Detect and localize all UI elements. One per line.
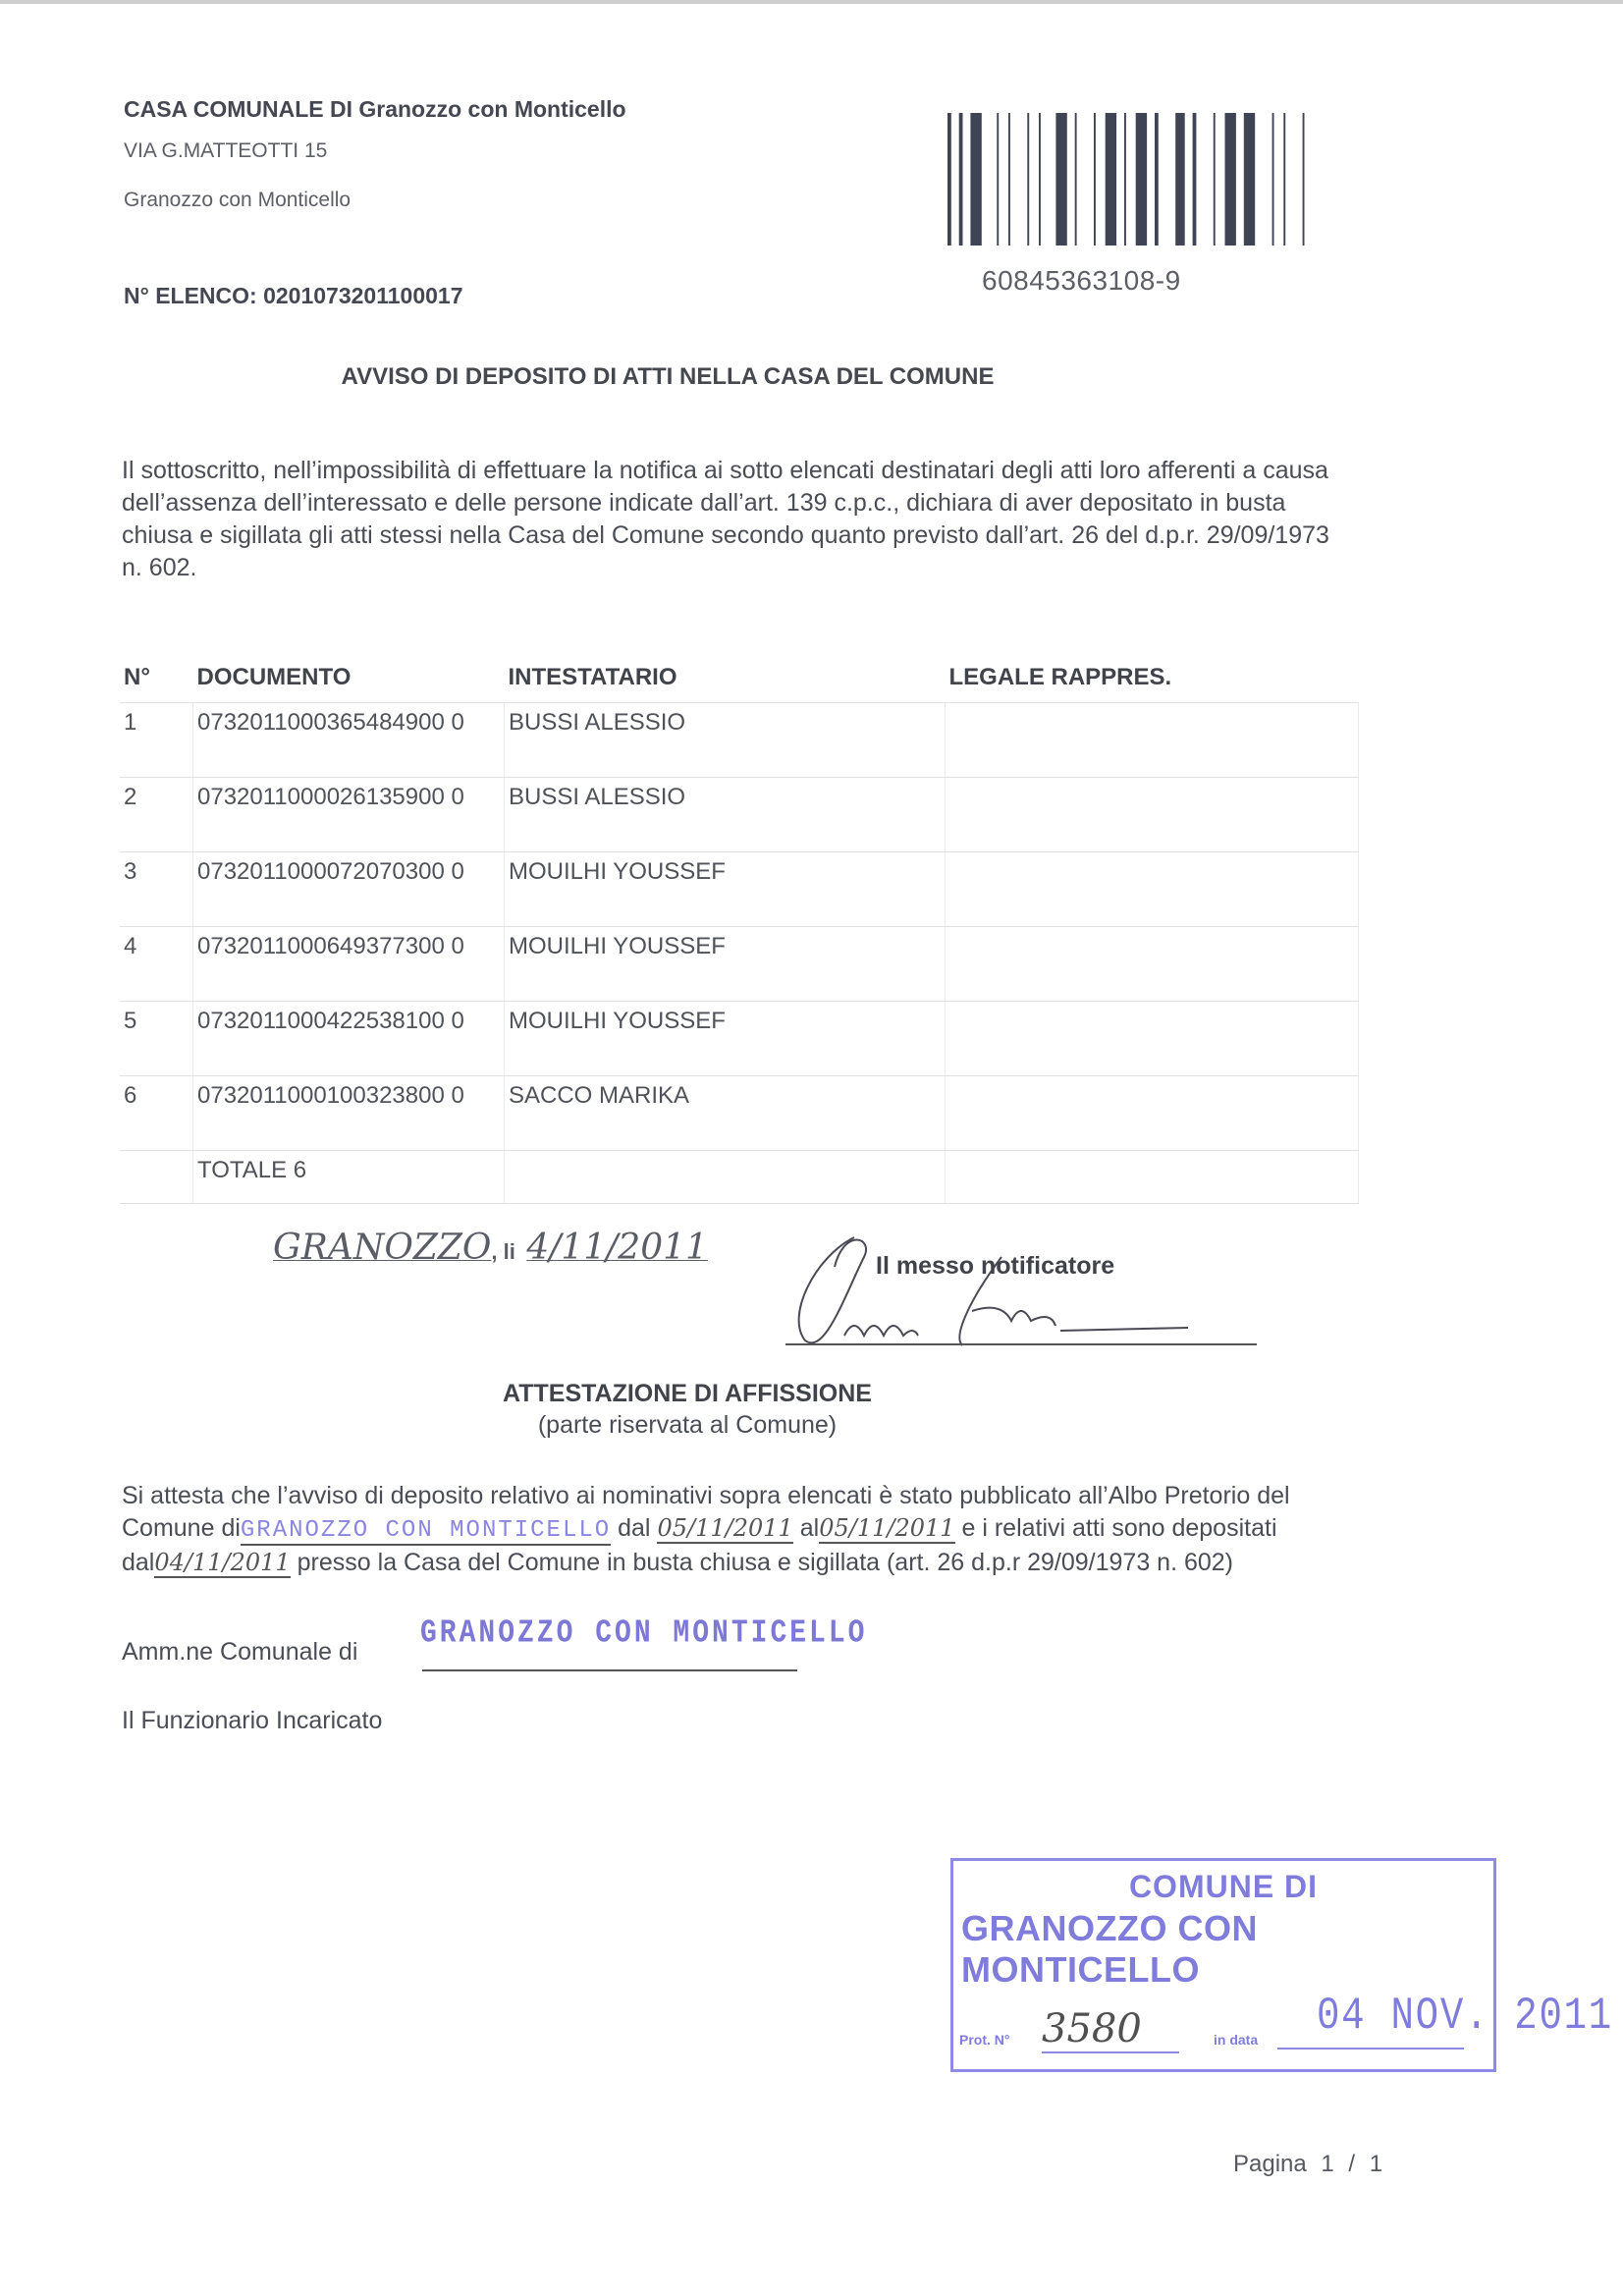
row-legale bbox=[946, 1002, 1359, 1076]
row-intestatario: MOUILHI YOUSSEF bbox=[505, 1002, 946, 1076]
depositati-date: 04/11/2011 bbox=[154, 1549, 290, 1578]
col-header-intestatario: INTESTATARIO bbox=[505, 653, 946, 703]
issuer-address: VIA G.MATTEOTTI 15 bbox=[124, 139, 327, 163]
row-intestatario: MOUILHI YOUSSEF bbox=[505, 852, 946, 927]
row-documento: 0732011000100323800 0 bbox=[193, 1076, 505, 1151]
table-header-row: N° DOCUMENTO INTESTATARIO LEGALE RAPPRES… bbox=[120, 653, 1359, 703]
row-intestatario: BUSSI ALESSIO bbox=[505, 778, 946, 852]
place-handwritten: GRANOZZO bbox=[273, 1228, 491, 1268]
row-documento: 0732011000365484900 0 bbox=[193, 703, 505, 778]
dal-date: 05/11/2011 bbox=[657, 1514, 792, 1544]
document-title: AVVISO DI DEPOSITO DI ATTI NELLA CASA DE… bbox=[0, 363, 1335, 391]
row-legale bbox=[946, 1076, 1359, 1151]
attestazione-paragraph: Si attesta che l’avviso di deposito rela… bbox=[122, 1480, 1359, 1579]
barcode-icon bbox=[947, 113, 1306, 246]
row-documento: 0732011000649377300 0 bbox=[193, 927, 505, 1002]
elenco-value: 0201073201100017 bbox=[263, 283, 462, 308]
row-documento: 0732011000072070300 0 bbox=[193, 852, 505, 927]
scan-edge bbox=[0, 0, 1623, 4]
issuer-title: CASA COMUNALE DI Granozzo con Monticello bbox=[124, 96, 626, 123]
li-label: , li bbox=[491, 1239, 514, 1264]
row-intestatario: MOUILHI YOUSSEF bbox=[505, 927, 946, 1002]
comune-stamp-inline: GRANOZZO CON MONTICELLO bbox=[241, 1517, 611, 1546]
col-header-documento: DOCUMENTO bbox=[193, 653, 505, 703]
table-row: 10732011000365484900 0BUSSI ALESSIO bbox=[120, 703, 1359, 778]
stamp-line-2: GRANOZZO CON MONTICELLO bbox=[961, 1908, 1493, 1991]
row-legale bbox=[946, 852, 1359, 927]
documents-table: N° DOCUMENTO INTESTATARIO LEGALE RAPPRES… bbox=[120, 653, 1359, 1204]
attestazione-title: ATTESTAZIONE DI AFFISSIONE bbox=[0, 1380, 1375, 1408]
table-row: 50732011000422538100 0MOUILHI YOUSSEF bbox=[120, 1002, 1359, 1076]
protocol-stamp: COMUNE DI GRANOZZO CON MONTICELLO Prot. … bbox=[950, 1858, 1496, 2072]
total-count: TOTALE 6 bbox=[193, 1151, 505, 1204]
row-number: 6 bbox=[120, 1076, 193, 1151]
row-documento: 0732011000422538100 0 bbox=[193, 1002, 505, 1076]
col-header-legale: LEGALE RAPPRES. bbox=[946, 653, 1359, 703]
row-number: 3 bbox=[120, 852, 193, 927]
signature-line bbox=[785, 1343, 1257, 1345]
amm-comunale-line bbox=[422, 1669, 797, 1671]
signature-icon bbox=[776, 1218, 1227, 1355]
amm-comunale-stamp: GRANOZZO CON MONTICELLO bbox=[420, 1615, 867, 1652]
attestazione-subtitle: (parte riservata al Comune) bbox=[0, 1411, 1375, 1440]
messo-notificatore-label: Il messo notificatore bbox=[876, 1252, 1114, 1281]
elenco-label: N° ELENCO: bbox=[124, 283, 257, 308]
row-intestatario: BUSSI ALESSIO bbox=[505, 703, 946, 778]
data-line bbox=[1277, 2048, 1464, 2050]
place-date: GRANOZZO, li 4/11/2011 bbox=[273, 1228, 708, 1268]
al-date: 05/11/2011 bbox=[819, 1514, 954, 1544]
page-number: Pagina 1 / 1 bbox=[1233, 2151, 1382, 2178]
issuer-city: Granozzo con Monticello bbox=[124, 189, 351, 212]
row-documento: 0732011000026135900 0 bbox=[193, 778, 505, 852]
row-legale bbox=[946, 778, 1359, 852]
barcode-number: 60845363108-9 bbox=[982, 265, 1181, 297]
intro-paragraph: Il sottoscritto, nell’impossibilità di e… bbox=[122, 455, 1339, 584]
elenco-number: N° ELENCO: 0201073201100017 bbox=[124, 283, 463, 309]
table-row: 40732011000649377300 0MOUILHI YOUSSEF bbox=[120, 927, 1359, 1002]
data-label: in data bbox=[1214, 2032, 1258, 2048]
row-legale bbox=[946, 703, 1359, 778]
stamp-line-1: COMUNE DI bbox=[953, 1869, 1493, 1905]
table-total-row: TOTALE 6 bbox=[120, 1151, 1359, 1204]
row-number: 2 bbox=[120, 778, 193, 852]
prot-label: Prot. N° bbox=[959, 2032, 1010, 2048]
col-header-n: N° bbox=[120, 653, 193, 703]
row-number: 4 bbox=[120, 927, 193, 1002]
table-row: 60732011000100323800 0SACCO MARIKA bbox=[120, 1076, 1359, 1151]
amm-comunale-label: Amm.ne Comunale di bbox=[122, 1638, 357, 1667]
row-number: 1 bbox=[120, 703, 193, 778]
funzionario-label: Il Funzionario Incaricato bbox=[122, 1707, 382, 1735]
table-row: 30732011000072070300 0MOUILHI YOUSSEF bbox=[120, 852, 1359, 927]
table-row: 20732011000026135900 0BUSSI ALESSIO bbox=[120, 778, 1359, 852]
date-handwritten: 4/11/2011 bbox=[526, 1228, 708, 1268]
row-intestatario: SACCO MARIKA bbox=[505, 1076, 946, 1151]
prot-value: 3580 bbox=[1042, 2006, 1179, 2053]
row-number: 5 bbox=[120, 1002, 193, 1076]
data-value: 04 NOV. 2011 bbox=[1317, 1991, 1613, 2042]
row-legale bbox=[946, 927, 1359, 1002]
